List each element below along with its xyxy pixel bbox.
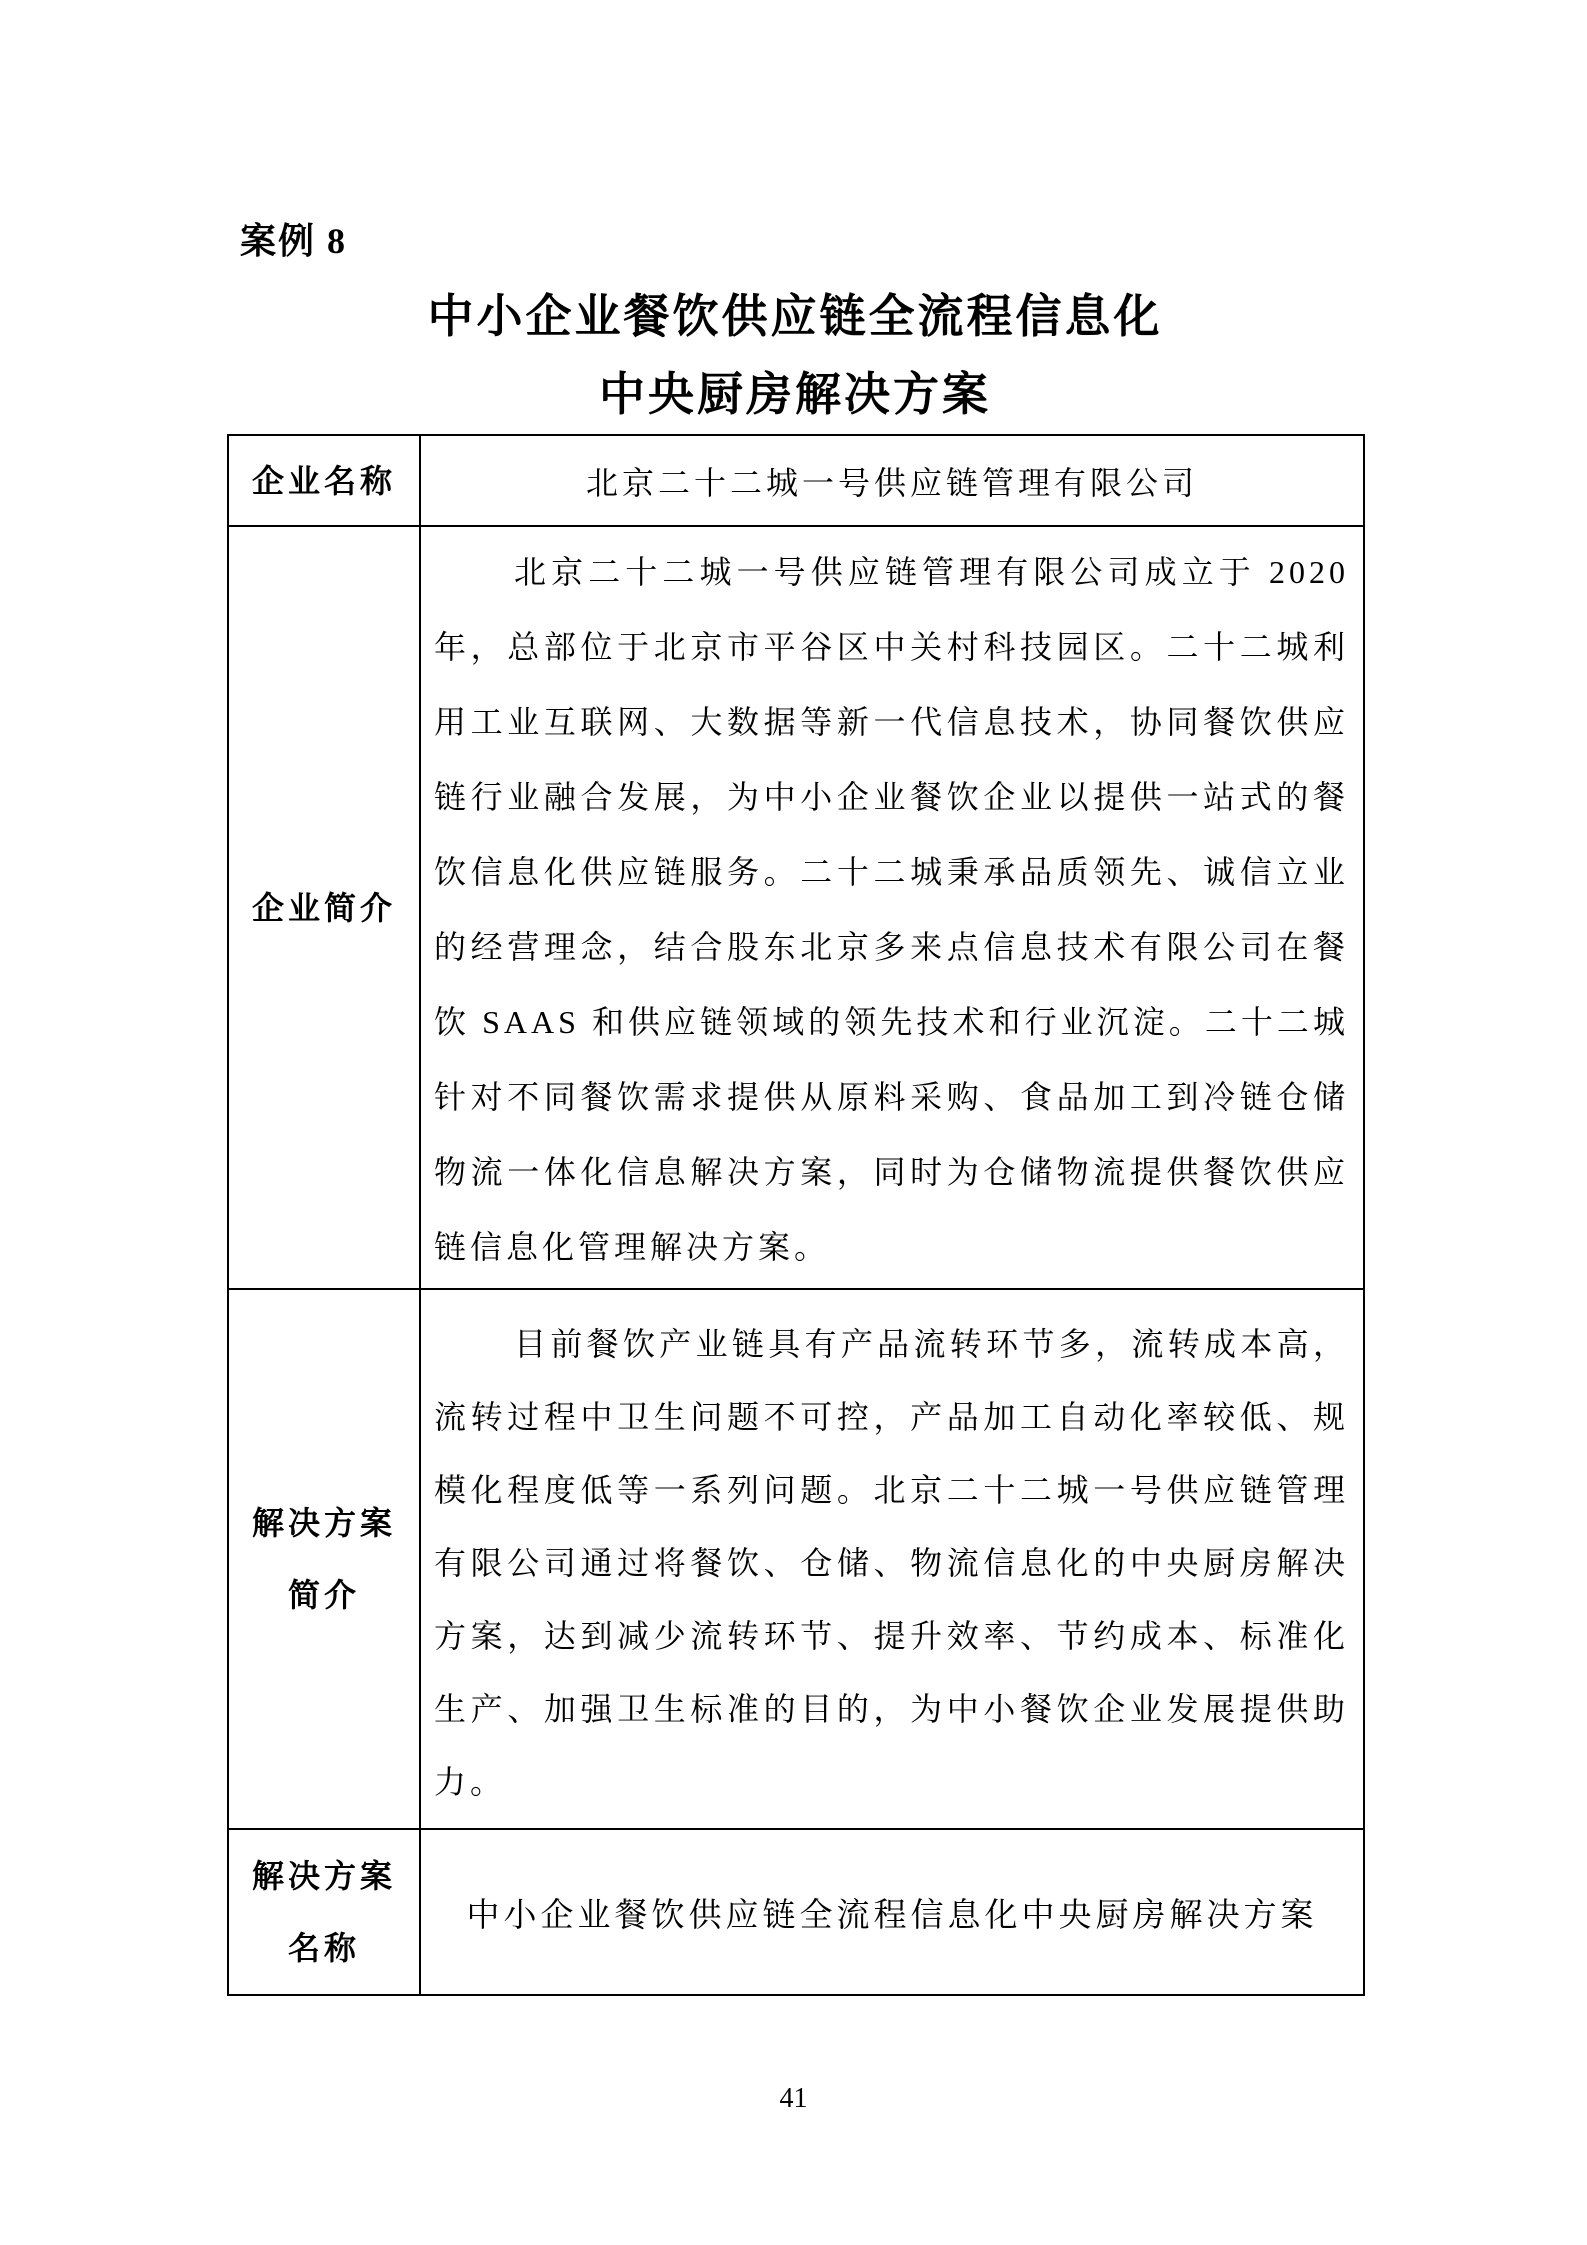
row-label-solution-intro: 解决方案 简介 bbox=[228, 1289, 420, 1829]
cell-solution-name: 中小企业餐饮供应链全流程信息化中央厨房解决方案 bbox=[420, 1829, 1364, 1995]
company-profile-paragraph: 北京二十二城一号供应链管理有限公司成立于 2020 年，总部位于北京市平谷区中关… bbox=[421, 531, 1363, 1285]
cell-solution-intro: 目前餐饮产业链具有产品流转环节多，流转成本高，流转过程中卫生问题不可控，产品加工… bbox=[420, 1289, 1364, 1829]
table-row-company-name: 企业名称 北京二十二城一号供应链管理有限公司 bbox=[228, 435, 1364, 526]
page-number: 41 bbox=[0, 2083, 1587, 2115]
row-label-company-profile: 企业简介 bbox=[228, 526, 420, 1289]
info-table: 企业名称 北京二十二城一号供应链管理有限公司 企业简介 北京二十二城一号供应链管… bbox=[227, 434, 1365, 1996]
document-page: 案例 8 中小企业餐饮供应链全流程信息化 中央厨房解决方案 企业名称 北京二十二… bbox=[0, 0, 1587, 2245]
row-label-solution-name: 解决方案 名称 bbox=[228, 1829, 420, 1995]
document-title: 中小企业餐饮供应链全流程信息化 中央厨房解决方案 bbox=[227, 278, 1363, 434]
cell-company-name: 北京二十二城一号供应链管理有限公司 bbox=[420, 435, 1364, 526]
row-label-company-name: 企业名称 bbox=[228, 435, 420, 526]
solution-intro-paragraph: 目前餐饮产业链具有产品流转环节多，流转成本高，流转过程中卫生问题不可控，产品加工… bbox=[421, 1300, 1363, 1819]
cell-company-profile: 北京二十二城一号供应链管理有限公司成立于 2020 年，总部位于北京市平谷区中关… bbox=[420, 526, 1364, 1289]
table-row-solution-name: 解决方案 名称 中小企业餐饮供应链全流程信息化中央厨房解决方案 bbox=[228, 1829, 1364, 1995]
table-row-solution-intro: 解决方案 简介 目前餐饮产业链具有产品流转环节多，流转成本高，流转过程中卫生问题… bbox=[228, 1289, 1364, 1829]
case-label: 案例 8 bbox=[240, 213, 347, 264]
table-row-company-profile: 企业简介 北京二十二城一号供应链管理有限公司成立于 2020 年，总部位于北京市… bbox=[228, 526, 1364, 1289]
